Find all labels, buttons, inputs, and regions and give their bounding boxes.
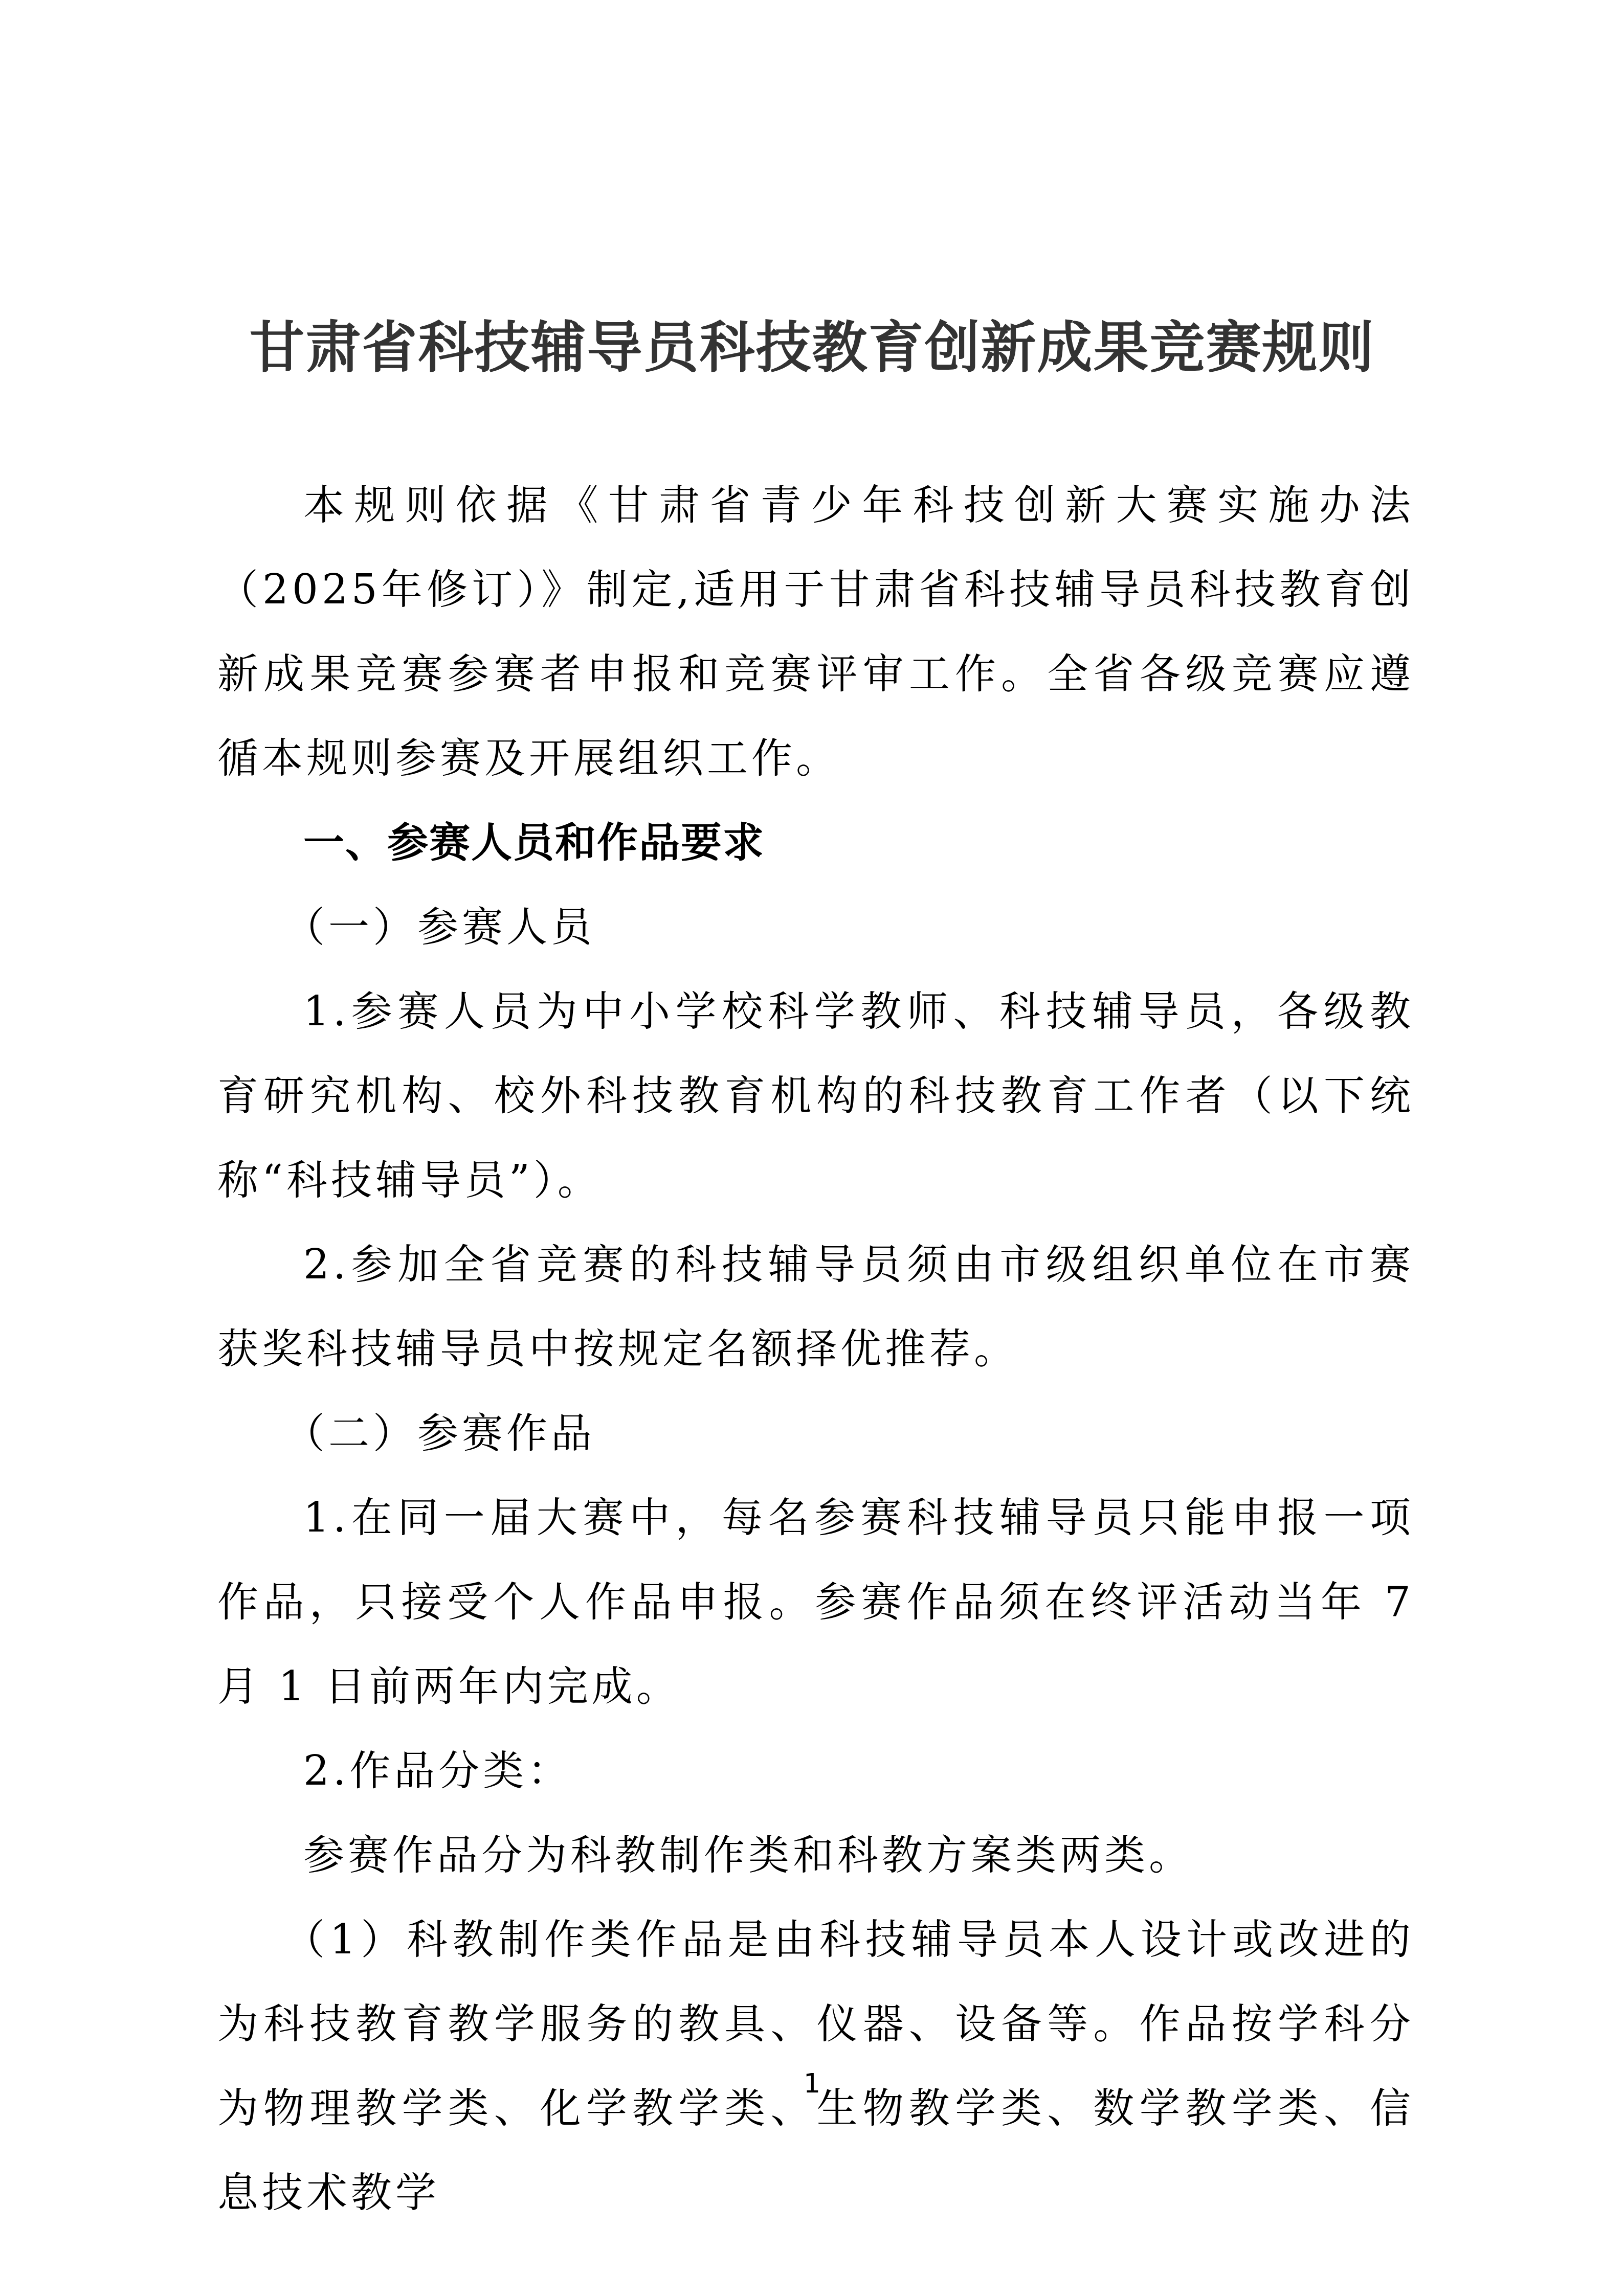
intro-paragraph: 本规则依据《甘肃省青少年科技创新大赛实施办法（2025年修订）》制定,适用于甘肃…: [217, 463, 1414, 800]
subsection-heading-works: （二）参赛作品: [217, 1391, 1414, 1475]
page-number: 1: [0, 2068, 1624, 2099]
paragraph-participants-2: 2.参加全省竞赛的科技辅导员须由市级组织单位在市赛获奖科技辅导员中按规定名额择优…: [217, 1222, 1414, 1391]
document-page: 甘肃省科技辅导员科技教育创新成果竞赛规则 本规则依据《甘肃省青少年科技创新大赛实…: [0, 0, 1624, 2296]
document-body: 本规则依据《甘肃省青少年科技创新大赛实施办法（2025年修订）》制定,适用于甘肃…: [217, 463, 1414, 2235]
paragraph-works-2: 2.作品分类：: [217, 1728, 1414, 1813]
paragraph-works-category-1: （1）科教制作类作品是由科技辅导员本人设计或改进的为科技教育教学服务的教具、仪器…: [217, 1897, 1414, 2235]
paragraph-participants-1: 1.参赛人员为中小学校科学教师、科技辅导员，各级教育研究机构、校外科技教育机构的…: [217, 969, 1414, 1222]
paragraph-works-1: 1.在同一届大赛中，每名参赛科技辅导员只能申报一项作品，只接受个人作品申报。参赛…: [217, 1475, 1414, 1728]
section-heading-1: 一、参赛人员和作品要求: [217, 800, 1414, 885]
subsection-heading-participants: （一）参赛人员: [217, 885, 1414, 969]
paragraph-works-categories: 参赛作品分为科教制作类和科教方案类两类。: [217, 1813, 1414, 1897]
document-title: 甘肃省科技辅导员科技教育创新成果竞赛规则: [0, 307, 1624, 389]
